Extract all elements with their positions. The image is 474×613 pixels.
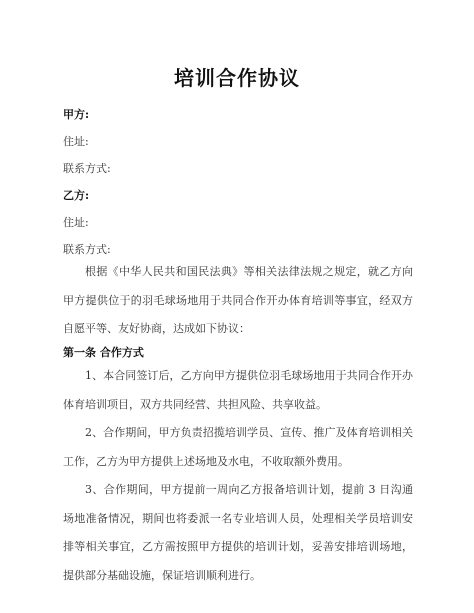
party-b-label: 乙方: [63,189,89,203]
document-page: 培训合作协议 甲方: 住址: 联系方式: 乙方: 住址: 联系方式: 根据《中华… [0,0,474,613]
article-1-clause-2: 2、合作期间，甲方负责招揽培训学员、宣传、推广及体育培训相关工作，乙方为甲方提供… [63,419,413,476]
party-a-address-label: 住址: [63,135,89,149]
document-title: 培训合作协议 [0,62,474,91]
party-b-address-label: 住址: [63,216,89,230]
preamble-paragraph: 根据《中华人民共和国民法典》等相关法律法规之规定，就乙方向甲方提供位于的羽毛球场… [63,258,413,344]
article-1-clause-1: 1、本合同签订后，乙方向甲方提供位羽毛球场地用于共同合作开办体育培训项目，双方共… [63,362,413,419]
article-1-clause-3: 3、合作期间，甲方提前一周向乙方报备培训计划，提前 3 日沟通场地准备情况，期间… [63,476,413,590]
party-a-contact-label: 联系方式: [63,162,111,176]
article-1-heading: 第一条 合作方式 [63,346,144,360]
party-a-label: 甲方: [63,108,89,122]
party-b-contact-label: 联系方式: [63,243,111,257]
